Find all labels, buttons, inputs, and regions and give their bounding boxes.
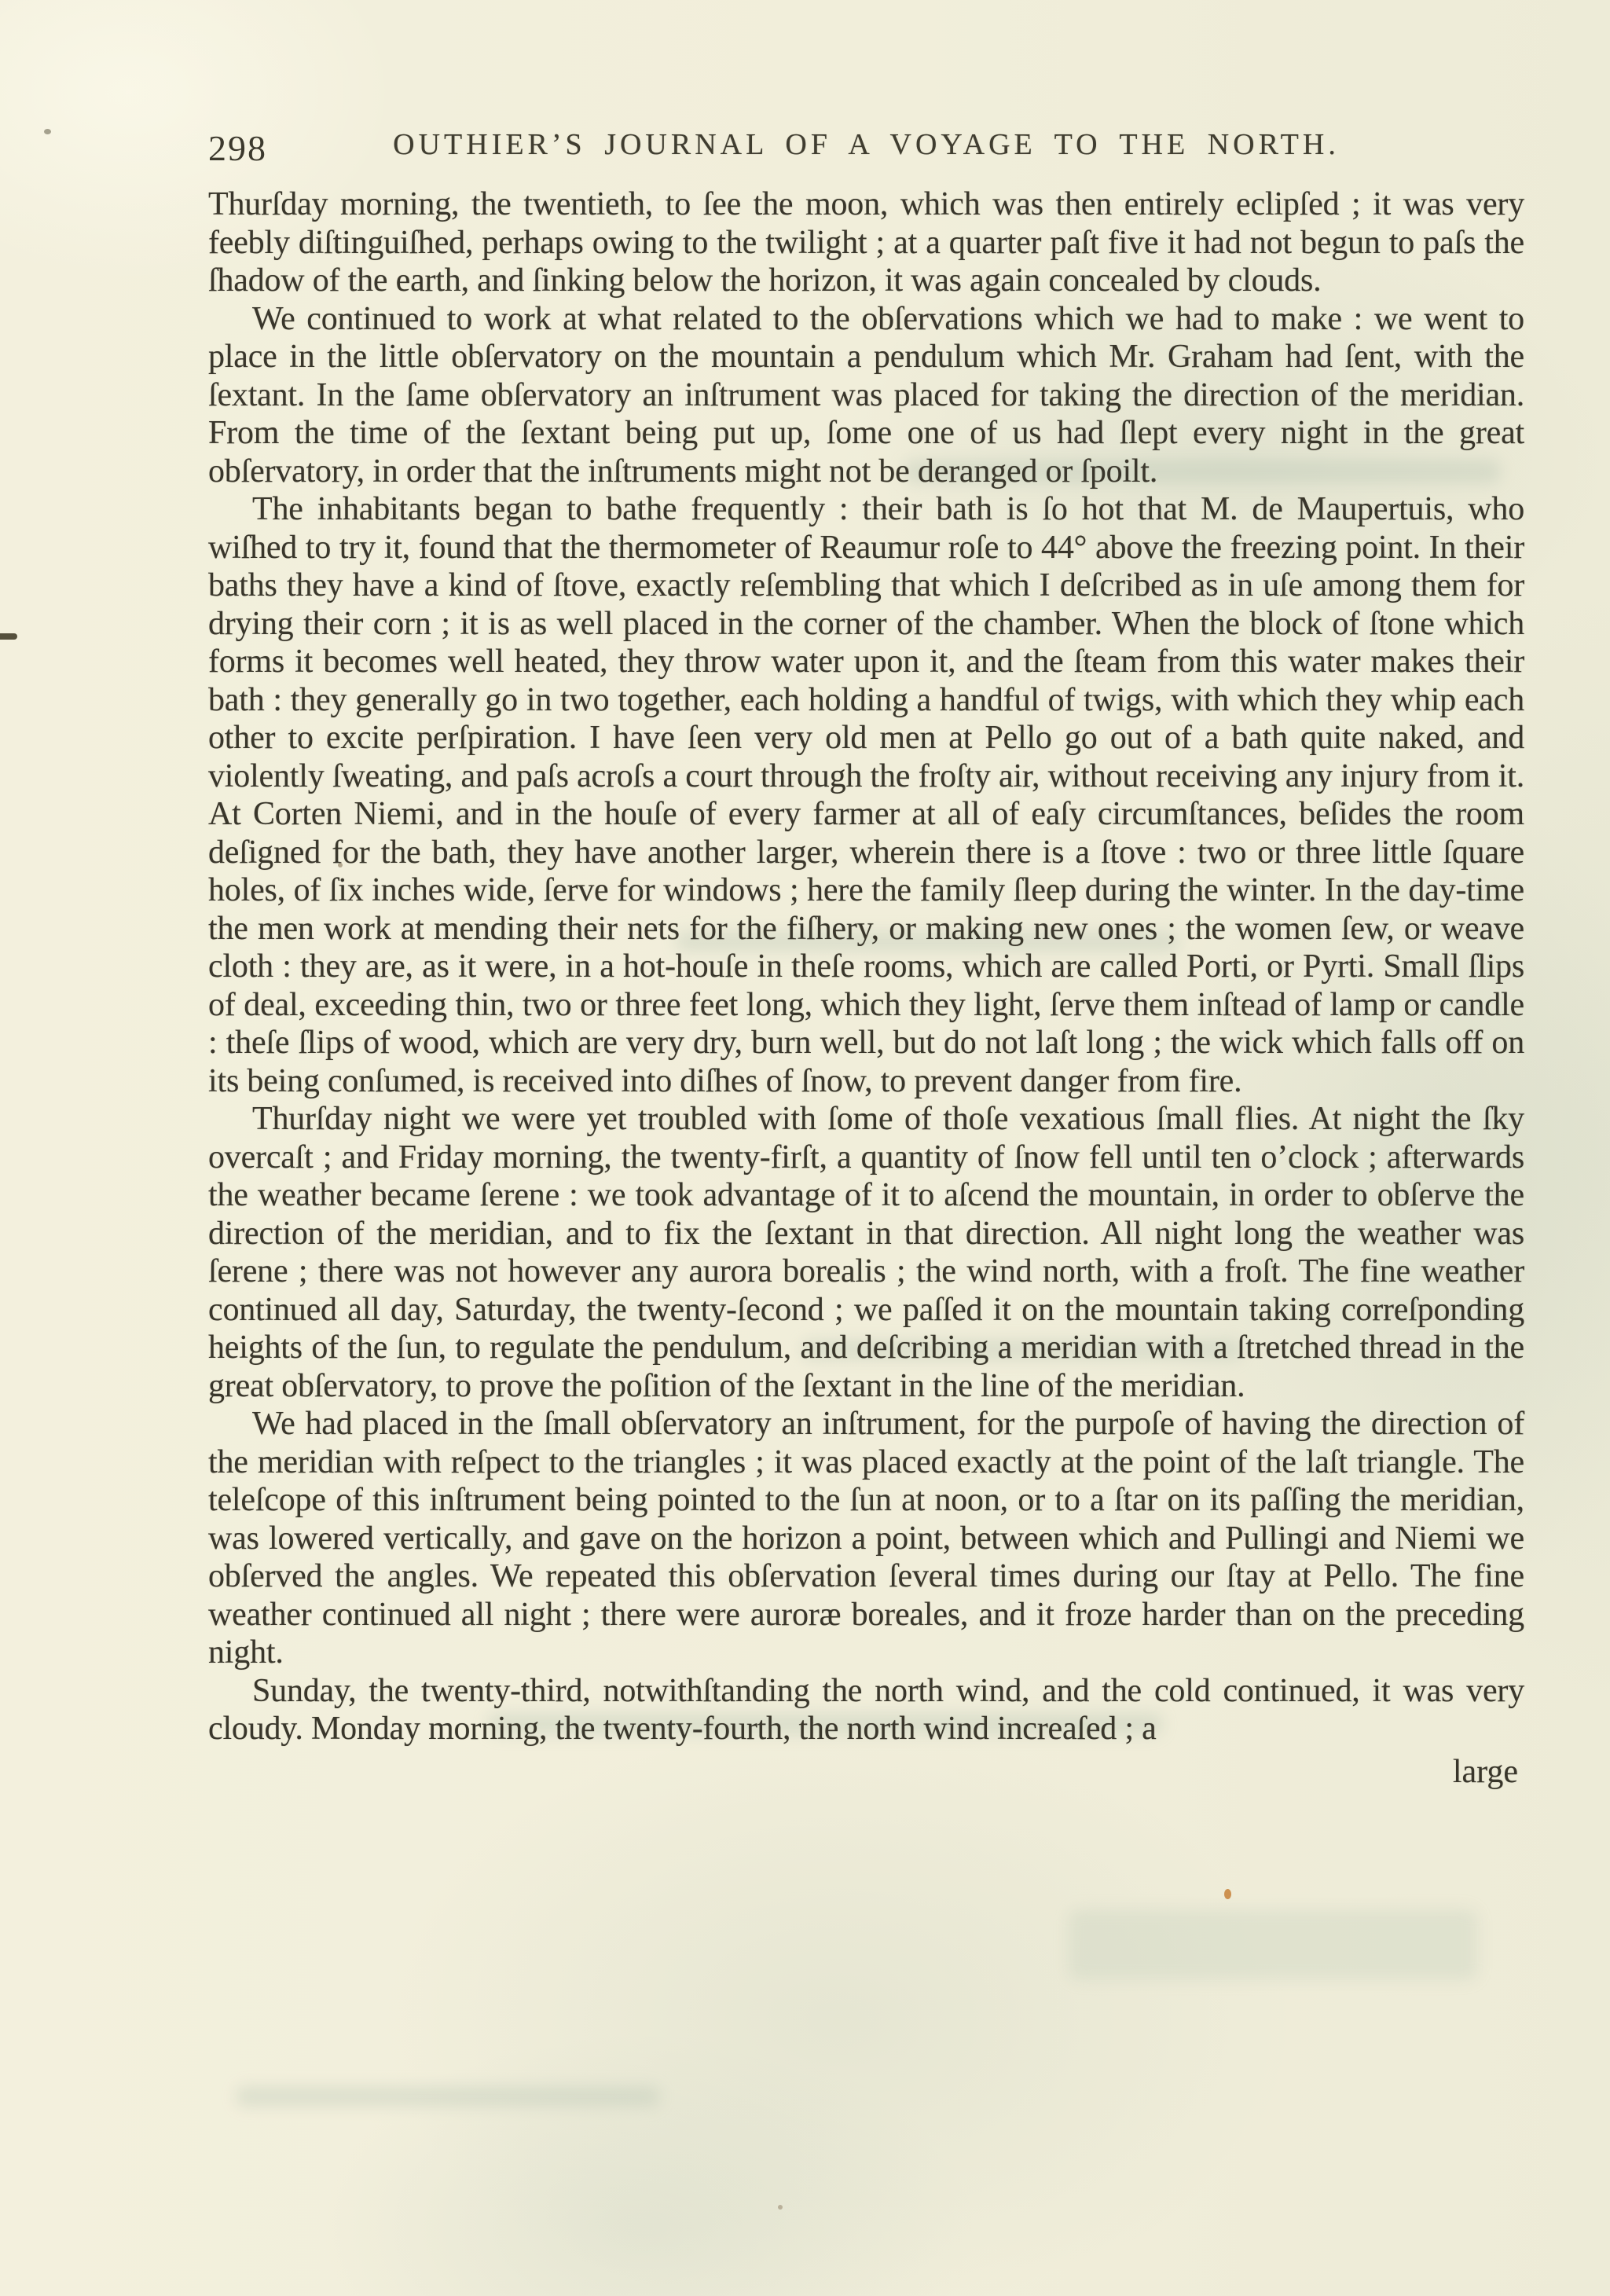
paragraph-thursday-night: Thurſday night we were yet troubled with… [208,1100,1524,1405]
paragraph-sunday: Sunday, the twenty-third, notwithſtandin… [208,1672,1524,1748]
page-number: 298 [208,127,267,169]
ink-speck [0,633,17,640]
showthrough-mark [236,2086,660,2107]
paragraph-baths: The inhabitants began to bathe frequentl… [208,490,1524,1100]
page-body: Thurſday morning, the twentieth, to ſee … [208,185,1524,1791]
running-title: OUTHIER’S JOURNAL OF A VOYAGE TO THE NOR… [208,127,1524,162]
book-page: 298 OUTHIER’S JOURNAL OF A VOYAGE TO THE… [0,0,1610,2296]
ink-speck [778,2205,783,2210]
ink-speck [1224,1889,1231,1899]
page-content: 298 OUTHIER’S JOURNAL OF A VOYAGE TO THE… [208,127,1524,1791]
catchword: large [208,1753,1524,1792]
showthrough-mark [1069,1909,1477,1980]
paragraph-observatory-work: We continued to work at what related to … [208,300,1524,491]
paragraph-meridian-instrument: We had placed in the ſmall obſervatory a… [208,1405,1524,1672]
page-header: 298 OUTHIER’S JOURNAL OF A VOYAGE TO THE… [208,127,1524,168]
paragraph-eclipse: Thurſday morning, the twentieth, to ſee … [208,185,1524,300]
ink-speck [44,129,51,134]
